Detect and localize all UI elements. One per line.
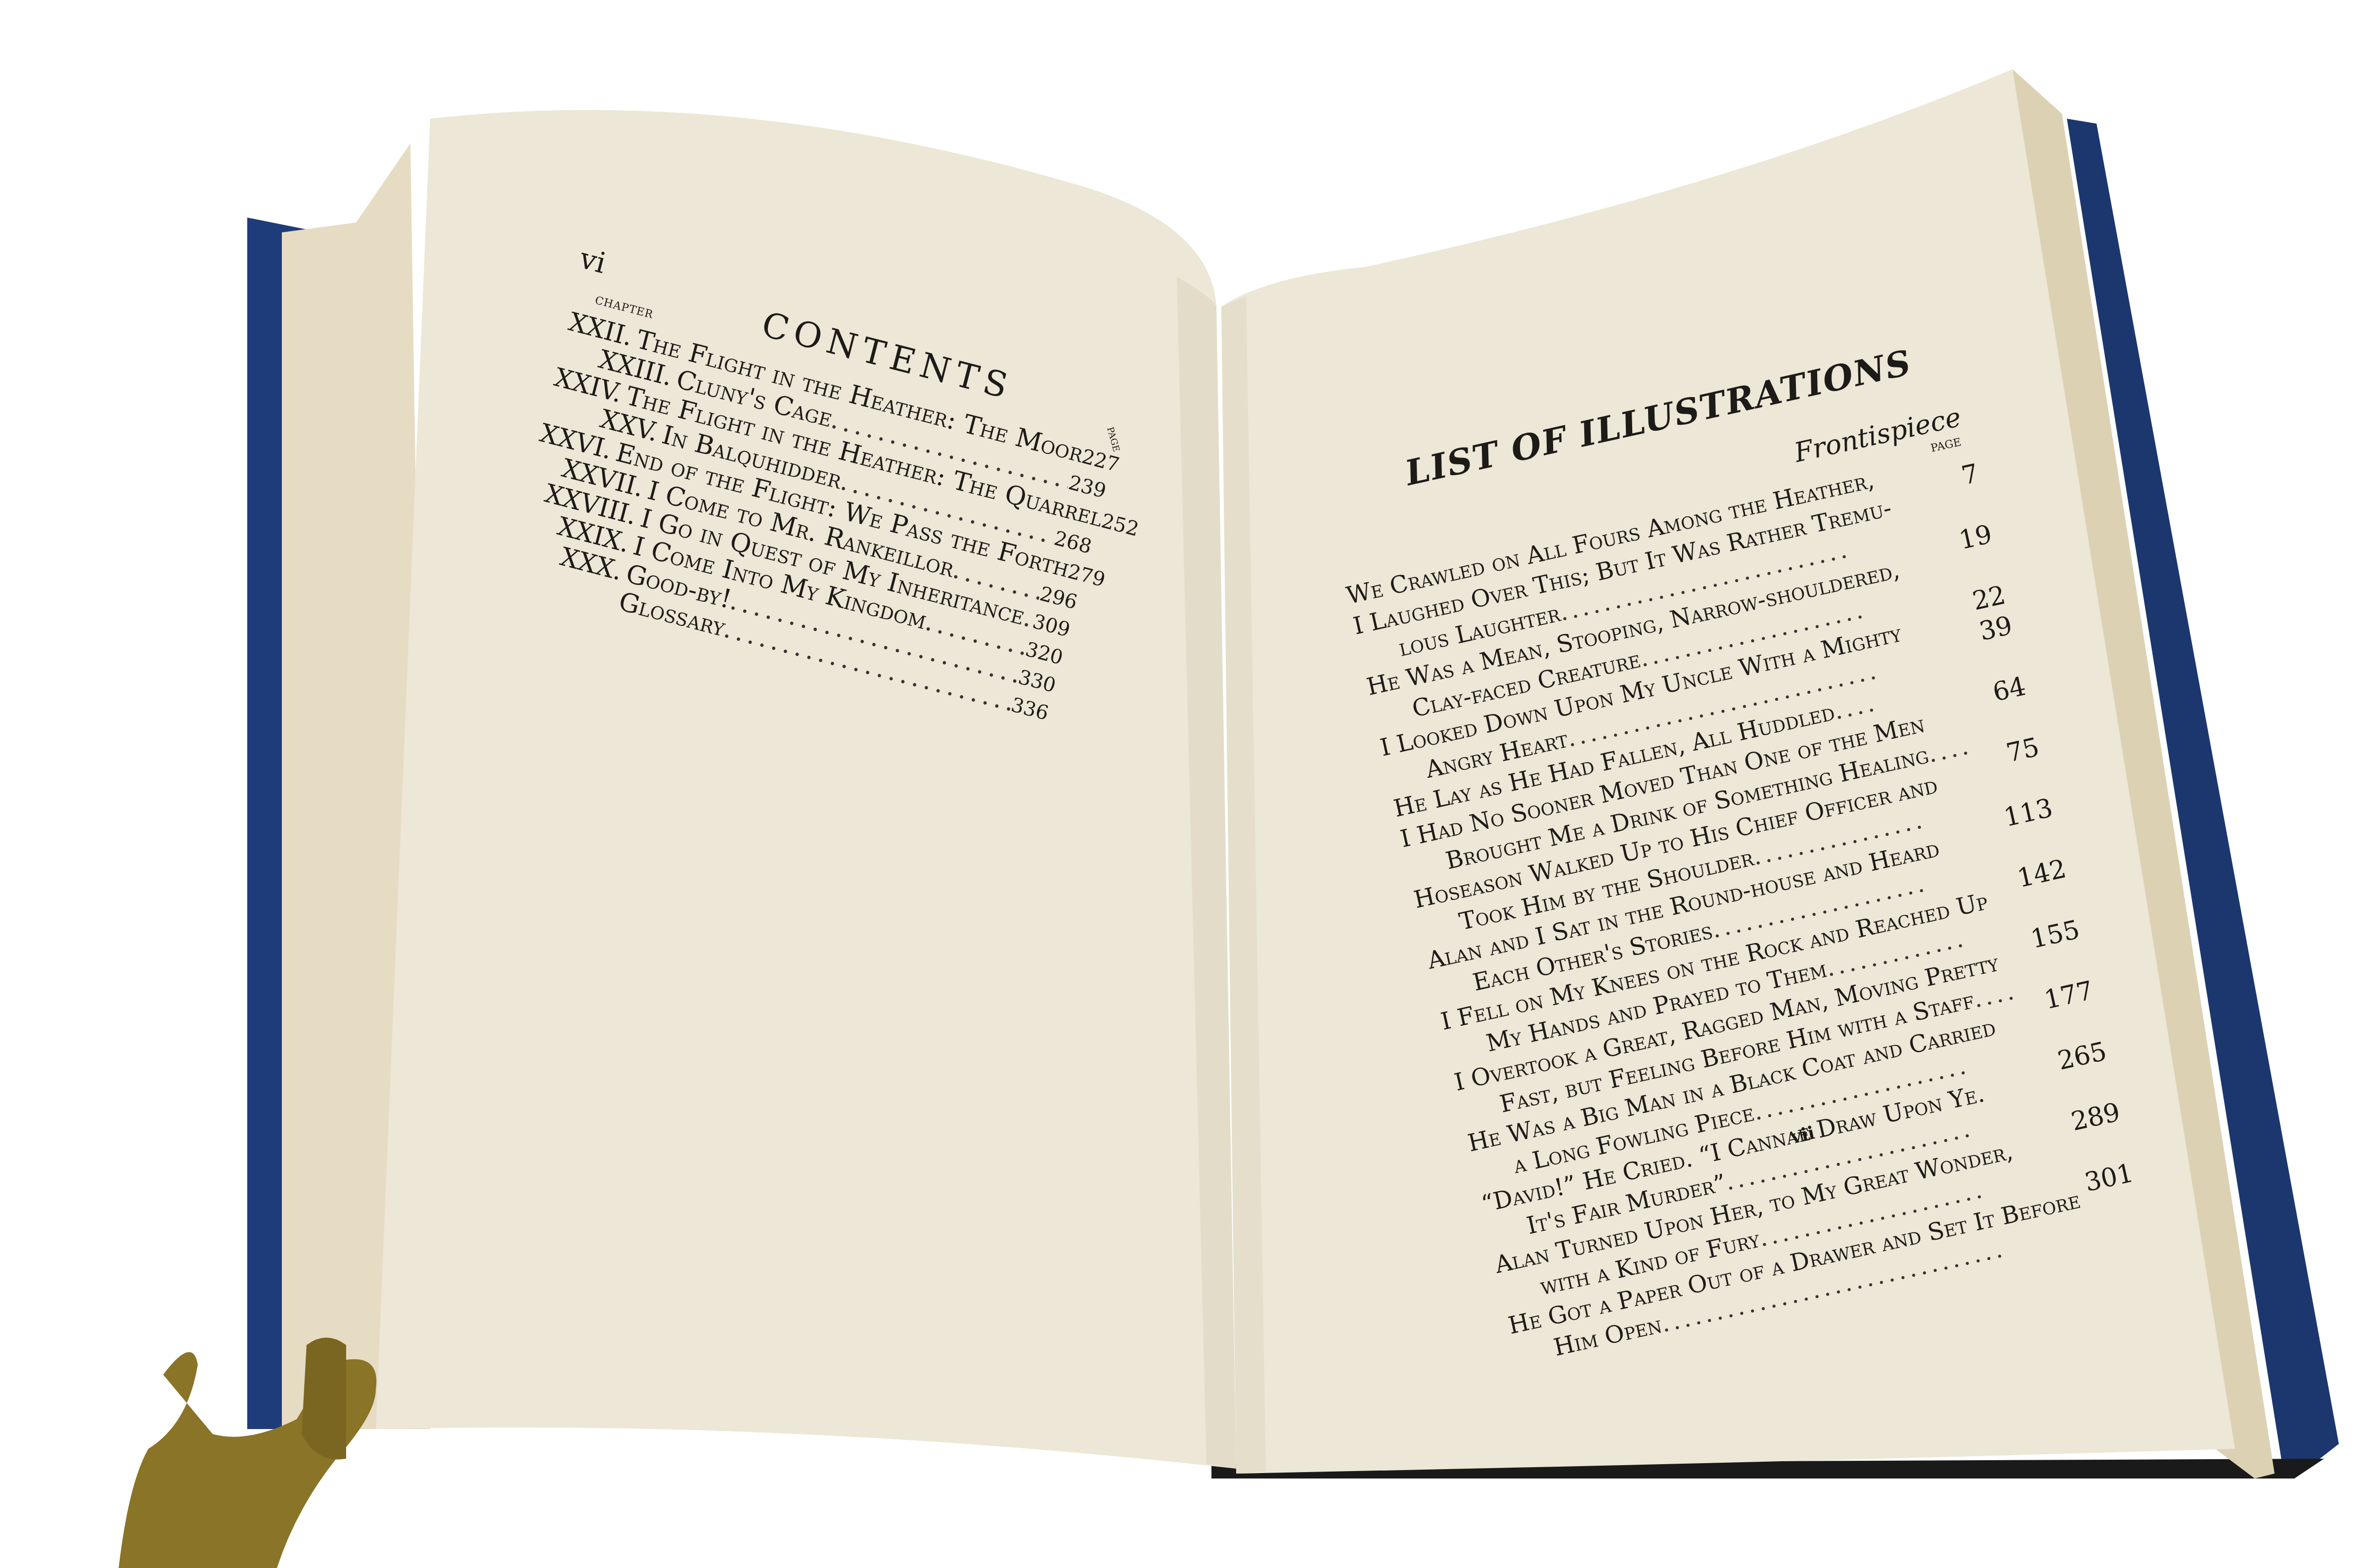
illustration-page: 39 — [1976, 611, 2015, 647]
open-book-scene: vi CONTENTS CHAPTER PAGE XXII.The Flight… — [0, 0, 2369, 1568]
illustration-page: 75 — [2004, 732, 2042, 768]
illustration-page: 19 — [1957, 519, 1995, 555]
illustration-page: 64 — [1990, 672, 2029, 708]
illustration-page: 22 — [1970, 580, 2009, 616]
